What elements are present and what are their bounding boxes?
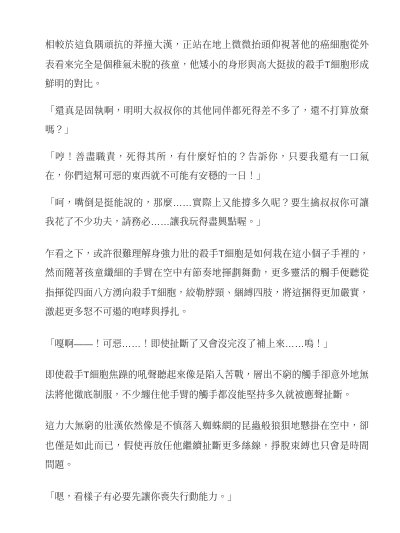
dialogue-paragraph: 「呵，嘴倒是挺能說的，那麼……實際上又能撐多久呢？要生擒叔叔你可讓我花了不少功夫… — [45, 194, 369, 233]
narration-paragraph: 這力大無窮的壯漢依然像是不慎落入蜘蛛網的昆蟲般狼狽地懸掛在空中，卻也僅是如此而已… — [45, 417, 369, 476]
reading-area[interactable]: 相較於這負隅頑抗的莽撞大漢，正站在地上微微抬頭仰視著他的癌細胞從外表看來完全是個… — [0, 0, 400, 533]
narration-paragraph: 乍看之下，或許很難理解身強力壯的殺手T細胞是如何栽在這小個子手裡的，然而隨著孩童… — [45, 245, 369, 323]
dialogue-paragraph: 「哼！善盡職責，死得其所，有什麼好怕的？告訴你，只要我還有一口氣在，你們這幫可惡… — [45, 148, 369, 187]
dialogue-paragraph: 「嘎啊——！可惡……！即使扯斷了又會沒完沒了補上來……嗚！」 — [45, 335, 369, 355]
dialogue-paragraph: 「嗯，看樣子有必要先讓你喪失行動能力。」 — [45, 488, 369, 508]
dialogue-paragraph: 「還真是固執啊，明明大叔叔你的其他同伴都死得差不多了，還不打算放棄嗎？」 — [45, 102, 369, 141]
narration-paragraph: 相較於這負隅頑抗的莽撞大漢，正站在地上微微抬頭仰視著他的癌細胞從外表看來完全是個… — [45, 36, 369, 95]
novel-reader-page: 相較於這負隅頑抗的莽撞大漢，正站在地上微微抬頭仰視著他的癌細胞從外表看來完全是個… — [0, 0, 400, 533]
narration-paragraph: 即使殺手T細胞焦躁的吼聲聽起來像是陷入苦戰，層出不窮的觸手卻意外地無法將他徹底制… — [45, 366, 369, 405]
